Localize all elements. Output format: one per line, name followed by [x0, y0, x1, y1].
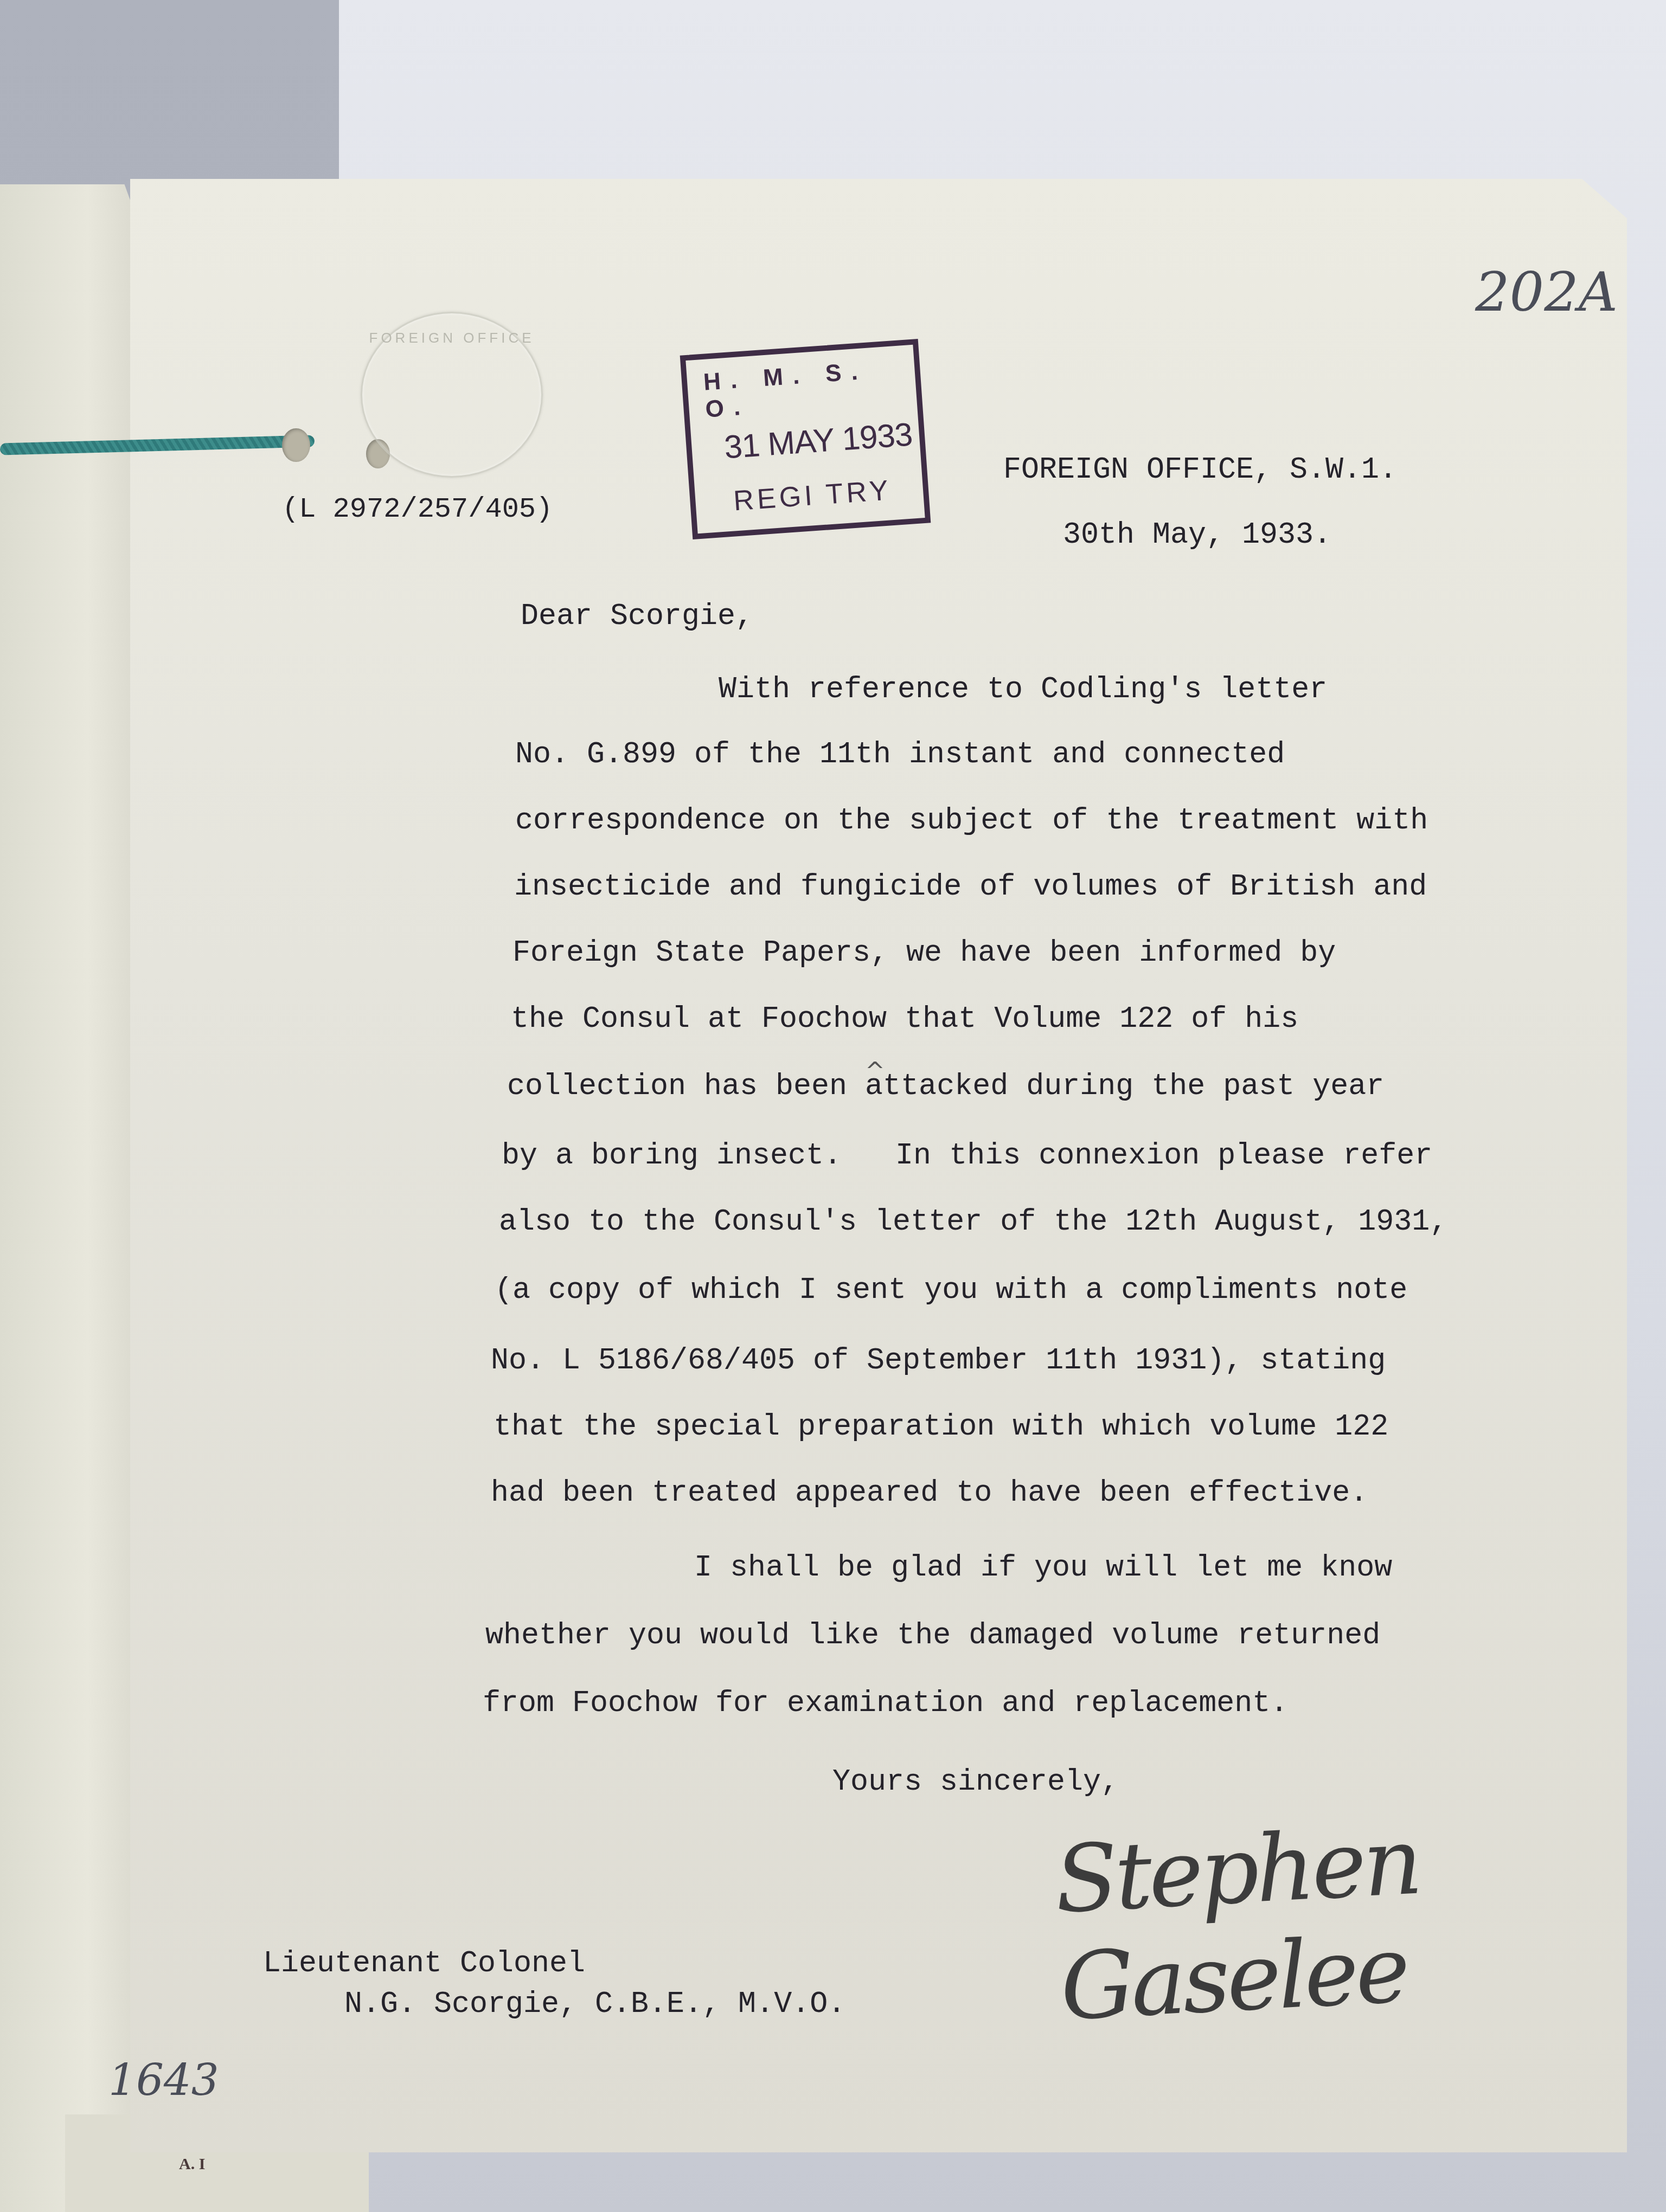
body-line: whether you would like the damaged volum… [485, 1618, 1380, 1652]
salutation: Dear Scorgie, [521, 599, 753, 633]
letter-date: 30th May, 1933. [1063, 518, 1331, 552]
folio-number: 202A [1475, 260, 1618, 324]
embossed-seal-icon: FOREIGN OFFICE [361, 312, 543, 478]
body-line: by a boring insect. In this connexion pl… [502, 1139, 1432, 1173]
stamp-registry: REGI TRY [733, 474, 893, 517]
underlying-sheets [0, 184, 146, 2212]
recipient-title: Lieutenant Colonel [263, 1946, 585, 1980]
reference-number: (L 2972/257/405) [282, 493, 553, 525]
punch-hole-left [282, 428, 310, 462]
body-line: No. L 5186/68/405 of September 11th 1931… [491, 1343, 1386, 1378]
registry-stamp: H. M. S. O. 31 MAY 1933 REGI TRY [680, 339, 931, 539]
body-line: No. G.899 of the 11th instant and connec… [515, 737, 1285, 771]
body-line: that the special preparation with which … [494, 1410, 1388, 1444]
body-line: insecticide and fungicide of volumes of … [514, 870, 1427, 904]
body-line: had been treated appeared to have been e… [491, 1476, 1368, 1510]
handwritten-number: 1643 [108, 2055, 219, 2105]
body-line: With reference to Codling's letter [719, 672, 1327, 706]
seal-text: FOREIGN OFFICE [369, 330, 535, 346]
closing: Yours sincerely, [832, 1765, 1119, 1799]
body-line: (a copy of which I sent you with a compl… [495, 1273, 1407, 1307]
stamp-date: 31 MAY 1933 [723, 415, 913, 466]
body-line: also to the Consul's letter of the 12th … [499, 1205, 1447, 1239]
body-line: from Foochow for examination and replace… [483, 1686, 1288, 1720]
signature: Stephen Gaselee [1052, 1795, 1666, 2041]
body-line: I shall be glad if you will let me know [694, 1551, 1392, 1585]
underlying-sheet-label: A. I [179, 2155, 205, 2174]
recipient-name: N.G. Scorgie, C.B.E., M.V.O. [344, 1987, 845, 2021]
stamp-hmso: H. M. S. O. [703, 355, 918, 423]
body-line: Foreign State Papers, we have been infor… [512, 936, 1336, 970]
body-line: collection has been attacked during the … [507, 1069, 1384, 1103]
sender-address: FOREIGN OFFICE, S.W.1. [1003, 453, 1397, 487]
body-line: correspondence on the subject of the tre… [515, 803, 1428, 838]
body-line: the Consul at Foochow that Volume 122 of… [511, 1002, 1298, 1036]
